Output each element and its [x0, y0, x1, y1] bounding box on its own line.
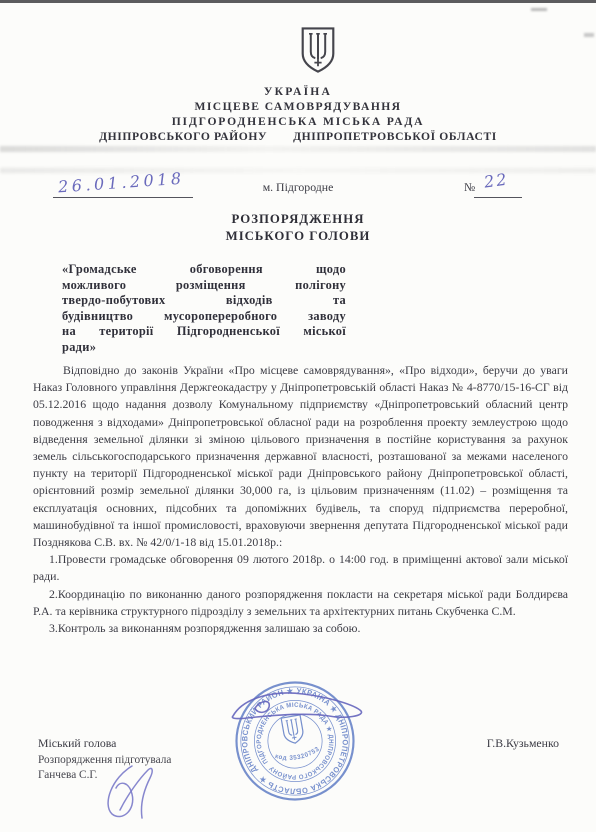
header-self-government: МІСЦЕВЕ САМОВРЯДУВАННЯ [0, 100, 596, 113]
order-item-2: 2.Координацію по виконанню даного розпор… [33, 586, 568, 620]
document-title-line2: МІСЬКОГО ГОЛОВИ [0, 228, 596, 245]
document-page: УКРАЇНА МІСЦЕВЕ САМОВРЯДУВАННЯ ПІДГОРОДН… [0, 0, 596, 832]
scan-artifact [584, 33, 594, 37]
order-item-3: 3.Контроль за виконанням розпорядження з… [33, 620, 568, 637]
signer-position: Міський голова [38, 736, 116, 751]
number-sign: № [464, 180, 475, 195]
svg-text:код 35320753: код 35320753 [273, 745, 322, 765]
number-underline [474, 197, 522, 198]
order-item-1: 1.Провести громадське обговорення 09 лют… [33, 551, 568, 585]
body-paragraph: Відповідно до законів України «Про місце… [33, 362, 568, 551]
subject-line: будівництво мусоропереробного заводу [62, 309, 346, 325]
header-district-region: ДНІПРОВСЬКОГО РАЙОНУ ДНІПРОПЕТРОВСЬКОЇ О… [0, 130, 596, 143]
scan-artifact [531, 8, 547, 11]
header-district: ДНІПРОВСЬКОГО РАЙОНУ [99, 130, 267, 143]
subject-line: ради» [62, 340, 346, 356]
handwritten-number: 22 [483, 169, 510, 191]
body-text: Відповідно до законів України «Про місце… [33, 362, 568, 637]
date-underline [53, 197, 193, 198]
header-country: УКРАЇНА [0, 85, 596, 98]
subject-line: «Громадське обговорення щодо [62, 262, 346, 278]
header-region: ДНІПРОПЕТРОВСЬКОЇ ОБЛАСТІ [293, 130, 497, 143]
subject-line: можливого розміщення полігону [62, 278, 346, 294]
mayor-signature [225, 686, 375, 736]
subject-block: «Громадське обговорення щодо можливого р… [62, 262, 346, 356]
subject-line: твердо-побутових відходів та [62, 293, 346, 309]
preparer-signature [92, 760, 168, 828]
document-title: РОЗПОРЯДЖЕННЯ МІСЬКОГО ГОЛОВИ [0, 211, 596, 244]
subject-line: на території Підгородненської міської [62, 324, 346, 340]
document-title-line1: РОЗПОРЯДЖЕННЯ [0, 211, 596, 228]
signer-name: Г.В.Кузьменко [487, 736, 559, 751]
stamp-code-text: код 35320753 [273, 745, 322, 765]
scan-smudge [0, 146, 596, 152]
scan-edge-line [0, 0, 596, 3]
header-council-name: ПІДГОРОДНЕНСЬКА МІСЬКА РАДА [0, 115, 596, 128]
ukraine-tryzub-icon [300, 26, 336, 74]
